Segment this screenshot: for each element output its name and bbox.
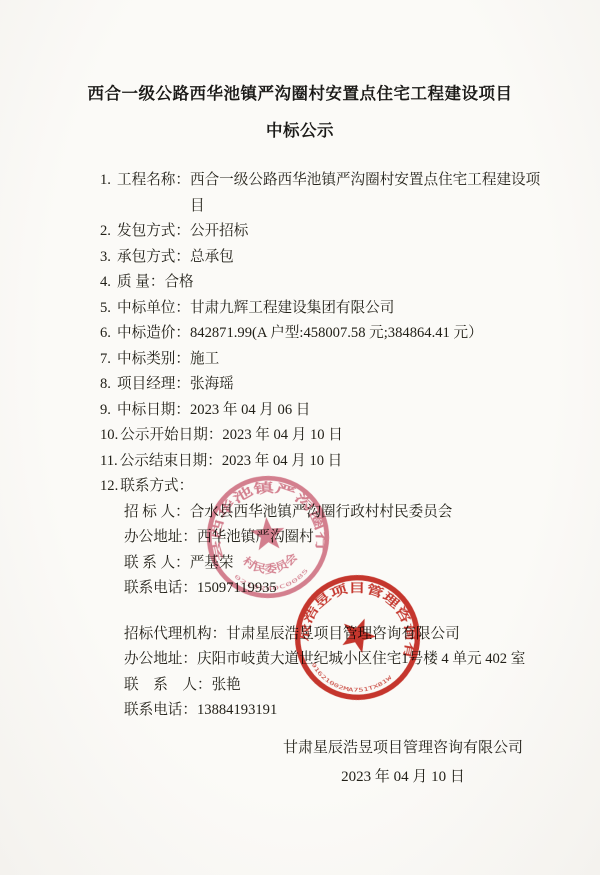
item-bid-category: 7. 中标类别： 施工 <box>100 347 552 373</box>
item-number: 11. <box>100 449 118 475</box>
document-page: 西合一级公路西华池镇严沟圈村安置点住宅工程建设项目 中标公示 1. 工程名称： … <box>0 0 600 875</box>
contact-agency-person: 联 系 人： 张艳 <box>124 673 552 699</box>
item-number: 10. <box>100 423 118 449</box>
contact-tenderer-person: 联 系 人： 严基荣 <box>124 551 552 577</box>
contact-label: 联 系 人： <box>124 551 190 577</box>
contact-label: 招标代理机构： <box>124 622 226 648</box>
contact-tenderer-name: 招 标 人： 合水县西华池镇严沟圈行政村村民委员会 <box>124 500 552 526</box>
contact-agency-address: 办公地址： 庆阳市岐黄大道世纪城小区住宅1号楼 4 单元 402 室 <box>124 647 552 673</box>
item-project-name: 1. 工程名称： 西合一级公路西华池镇严沟圈村安置点住宅工程建设项目 <box>100 168 552 219</box>
contact-label: 联系电话： <box>124 698 197 724</box>
item-label: 承包方式： <box>117 245 190 271</box>
item-number: 6. <box>100 321 115 347</box>
item-number: 12. <box>100 474 118 500</box>
contact-value: 合水县西华池镇严沟圈行政村村民委员会 <box>190 500 552 526</box>
item-publicity-end-date: 11. 公示结束日期： 2023 年 04 月 10 日 <box>100 449 552 475</box>
item-label: 质 量： <box>117 270 164 296</box>
contact-value: 13884193191 <box>197 698 552 724</box>
item-label: 联系方式： <box>120 474 193 500</box>
item-value: 2023 年 04 月 10 日 <box>222 423 552 449</box>
item-label: 中标造价： <box>117 321 190 347</box>
contact-label: 办公地址： <box>124 525 197 551</box>
item-number: 9. <box>100 398 115 424</box>
contact-tenderer-phone: 联系电话： 15097119935 <box>124 576 552 602</box>
item-label: 中标类别： <box>117 347 190 373</box>
contact-label: 联系电话： <box>124 576 197 602</box>
item-value: 甘肃九辉工程建设集团有限公司 <box>190 296 552 322</box>
contact-value: 15097119935 <box>197 576 552 602</box>
item-contact-info: 12. 联系方式： <box>100 474 552 500</box>
item-winning-bidder: 5. 中标单位： 甘肃九辉工程建设集团有限公司 <box>100 296 552 322</box>
item-number: 2. <box>100 219 115 245</box>
item-label: 项目经理： <box>117 372 190 398</box>
footer-company: 甘肃星辰浩昱项目管理咨询有限公司 <box>238 734 568 763</box>
contact-value: 张艳 <box>212 673 552 699</box>
signature-block: 甘肃星辰浩昱项目管理咨询有限公司 2023 年 04 月 10 日 <box>238 734 568 791</box>
item-contract-method: 3. 承包方式： 总承包 <box>100 245 552 271</box>
item-label: 公示结束日期： <box>120 449 222 475</box>
project-title: 西合一级公路西华池镇严沟圈村安置点住宅工程建设项目 <box>40 84 560 104</box>
announcement-subtitle: 中标公示 <box>40 121 560 141</box>
item-publicity-start-date: 10. 公示开始日期： 2023 年 04 月 10 日 <box>100 423 552 449</box>
item-bid-price: 6. 中标造价： 842871.99(A 户型:458007.58 元;3848… <box>100 321 552 347</box>
contact-agency-phone: 联系电话： 13884193191 <box>124 698 552 724</box>
item-number: 3. <box>100 245 115 271</box>
item-number: 4. <box>100 270 115 296</box>
contact-value: 西华池镇严沟圈村 <box>197 525 552 551</box>
contact-label: 招 标 人： <box>124 500 190 526</box>
item-number: 5. <box>100 296 115 322</box>
item-value: 合格 <box>164 270 552 296</box>
item-quality: 4. 质 量： 合格 <box>100 270 552 296</box>
item-value: 张海瑶 <box>190 372 552 398</box>
item-value: 2023 年 04 月 10 日 <box>222 449 552 475</box>
item-label: 公示开始日期： <box>120 423 222 449</box>
item-label: 工程名称： <box>117 168 190 194</box>
item-value: 公开招标 <box>190 219 552 245</box>
item-number: 1. <box>100 168 115 194</box>
item-value: 西合一级公路西华池镇严沟圈村安置点住宅工程建设项目 <box>190 168 552 219</box>
item-value: 842871.99(A 户型:458007.58 元;384864.41 元） <box>190 321 552 347</box>
contact-label: 联 系 人： <box>124 673 212 699</box>
contact-value: 庆阳市岐黄大道世纪城小区住宅1号楼 4 单元 402 室 <box>197 647 552 673</box>
contact-agency-name: 招标代理机构： 甘肃星辰浩昱项目管理咨询有限公司 <box>124 622 552 648</box>
item-label: 发包方式： <box>117 219 190 245</box>
item-value: 施工 <box>190 347 552 373</box>
item-value: 2023 年 04 月 06 日 <box>190 398 552 424</box>
item-value: 总承包 <box>190 245 552 271</box>
item-number: 8. <box>100 372 115 398</box>
item-tender-method: 2. 发包方式： 公开招标 <box>100 219 552 245</box>
contact-label: 办公地址： <box>124 647 197 673</box>
item-label: 中标日期： <box>117 398 190 424</box>
contact-value: 甘肃星辰浩昱项目管理咨询有限公司 <box>226 622 552 648</box>
item-label: 中标单位： <box>117 296 190 322</box>
contact-value: 严基荣 <box>190 551 552 577</box>
item-project-manager: 8. 项目经理： 张海瑶 <box>100 372 552 398</box>
announcement-body: 1. 工程名称： 西合一级公路西华池镇严沟圈村安置点住宅工程建设项目 2. 发包… <box>100 168 552 724</box>
footer-date: 2023 年 04 月 10 日 <box>238 763 568 792</box>
item-bid-date: 9. 中标日期： 2023 年 04 月 06 日 <box>100 398 552 424</box>
contact-tenderer-address: 办公地址： 西华池镇严沟圈村 <box>124 525 552 551</box>
item-number: 7. <box>100 347 115 373</box>
